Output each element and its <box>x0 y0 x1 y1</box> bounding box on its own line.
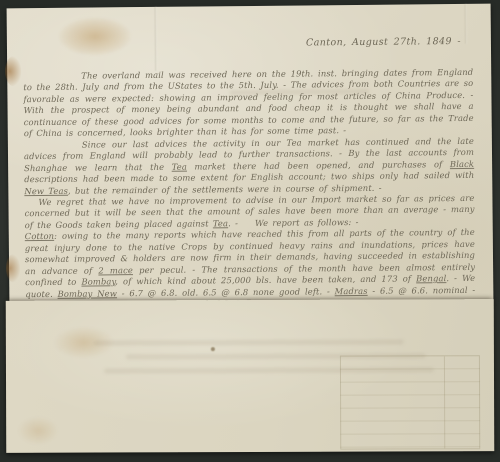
letter-text-segment: The overland mail was received here on t… <box>23 67 473 139</box>
underlined-term: Tea <box>172 161 187 171</box>
letter-paragraph: We regret that we have no improvement to… <box>24 193 474 232</box>
underlined-term: 2 mace <box>98 265 133 275</box>
letter-text-segment: . - We report as follows: - <box>228 217 359 228</box>
letter-body: The overland mail was received here on t… <box>23 67 475 323</box>
stain <box>59 17 131 56</box>
stain <box>54 326 114 358</box>
dateline: Canton, August 27th. 1849 - <box>306 36 461 48</box>
letter-text-segment: - 6.5 @ 6.6. nominal - <box>368 284 476 295</box>
showthrough-text <box>126 353 426 359</box>
stain <box>18 417 58 445</box>
verso-sheet <box>6 299 495 453</box>
underlined-term: New Teas <box>24 185 68 195</box>
underlined-term: Bombay New <box>57 288 117 299</box>
showthrough-table-divider <box>444 356 445 448</box>
underlined-term: Madras <box>335 285 368 295</box>
underlined-term: Tea <box>213 218 228 228</box>
underlined-term: Bengal <box>416 273 446 283</box>
letter-paragraph: The overland mail was received here on t… <box>23 67 474 140</box>
underlined-term: Black <box>450 158 474 168</box>
stain <box>6 254 20 282</box>
showthrough-text <box>104 367 434 373</box>
showthrough-text <box>94 339 404 345</box>
letter-sheet: Canton, August 27th. 1849 - The overland… <box>7 4 494 305</box>
fold-crease <box>155 7 158 71</box>
fold-crease <box>465 4 467 44</box>
letter-text-segment: - 6.7 @ 6.8. old. 6.5 @ 6.8 none good le… <box>117 286 335 298</box>
letter-text-segment: market there had been opened, and purcha… <box>187 159 450 172</box>
letter-paragraph: Since our last advices the activity in o… <box>24 136 475 198</box>
showthrough-table <box>340 355 480 449</box>
scan-background: Canton, August 27th. 1849 - The overland… <box>0 0 500 462</box>
stain <box>5 56 21 86</box>
underlined-term: Cotton <box>25 231 54 241</box>
stain <box>211 347 215 351</box>
underlined-term: Bombay <box>81 276 115 286</box>
